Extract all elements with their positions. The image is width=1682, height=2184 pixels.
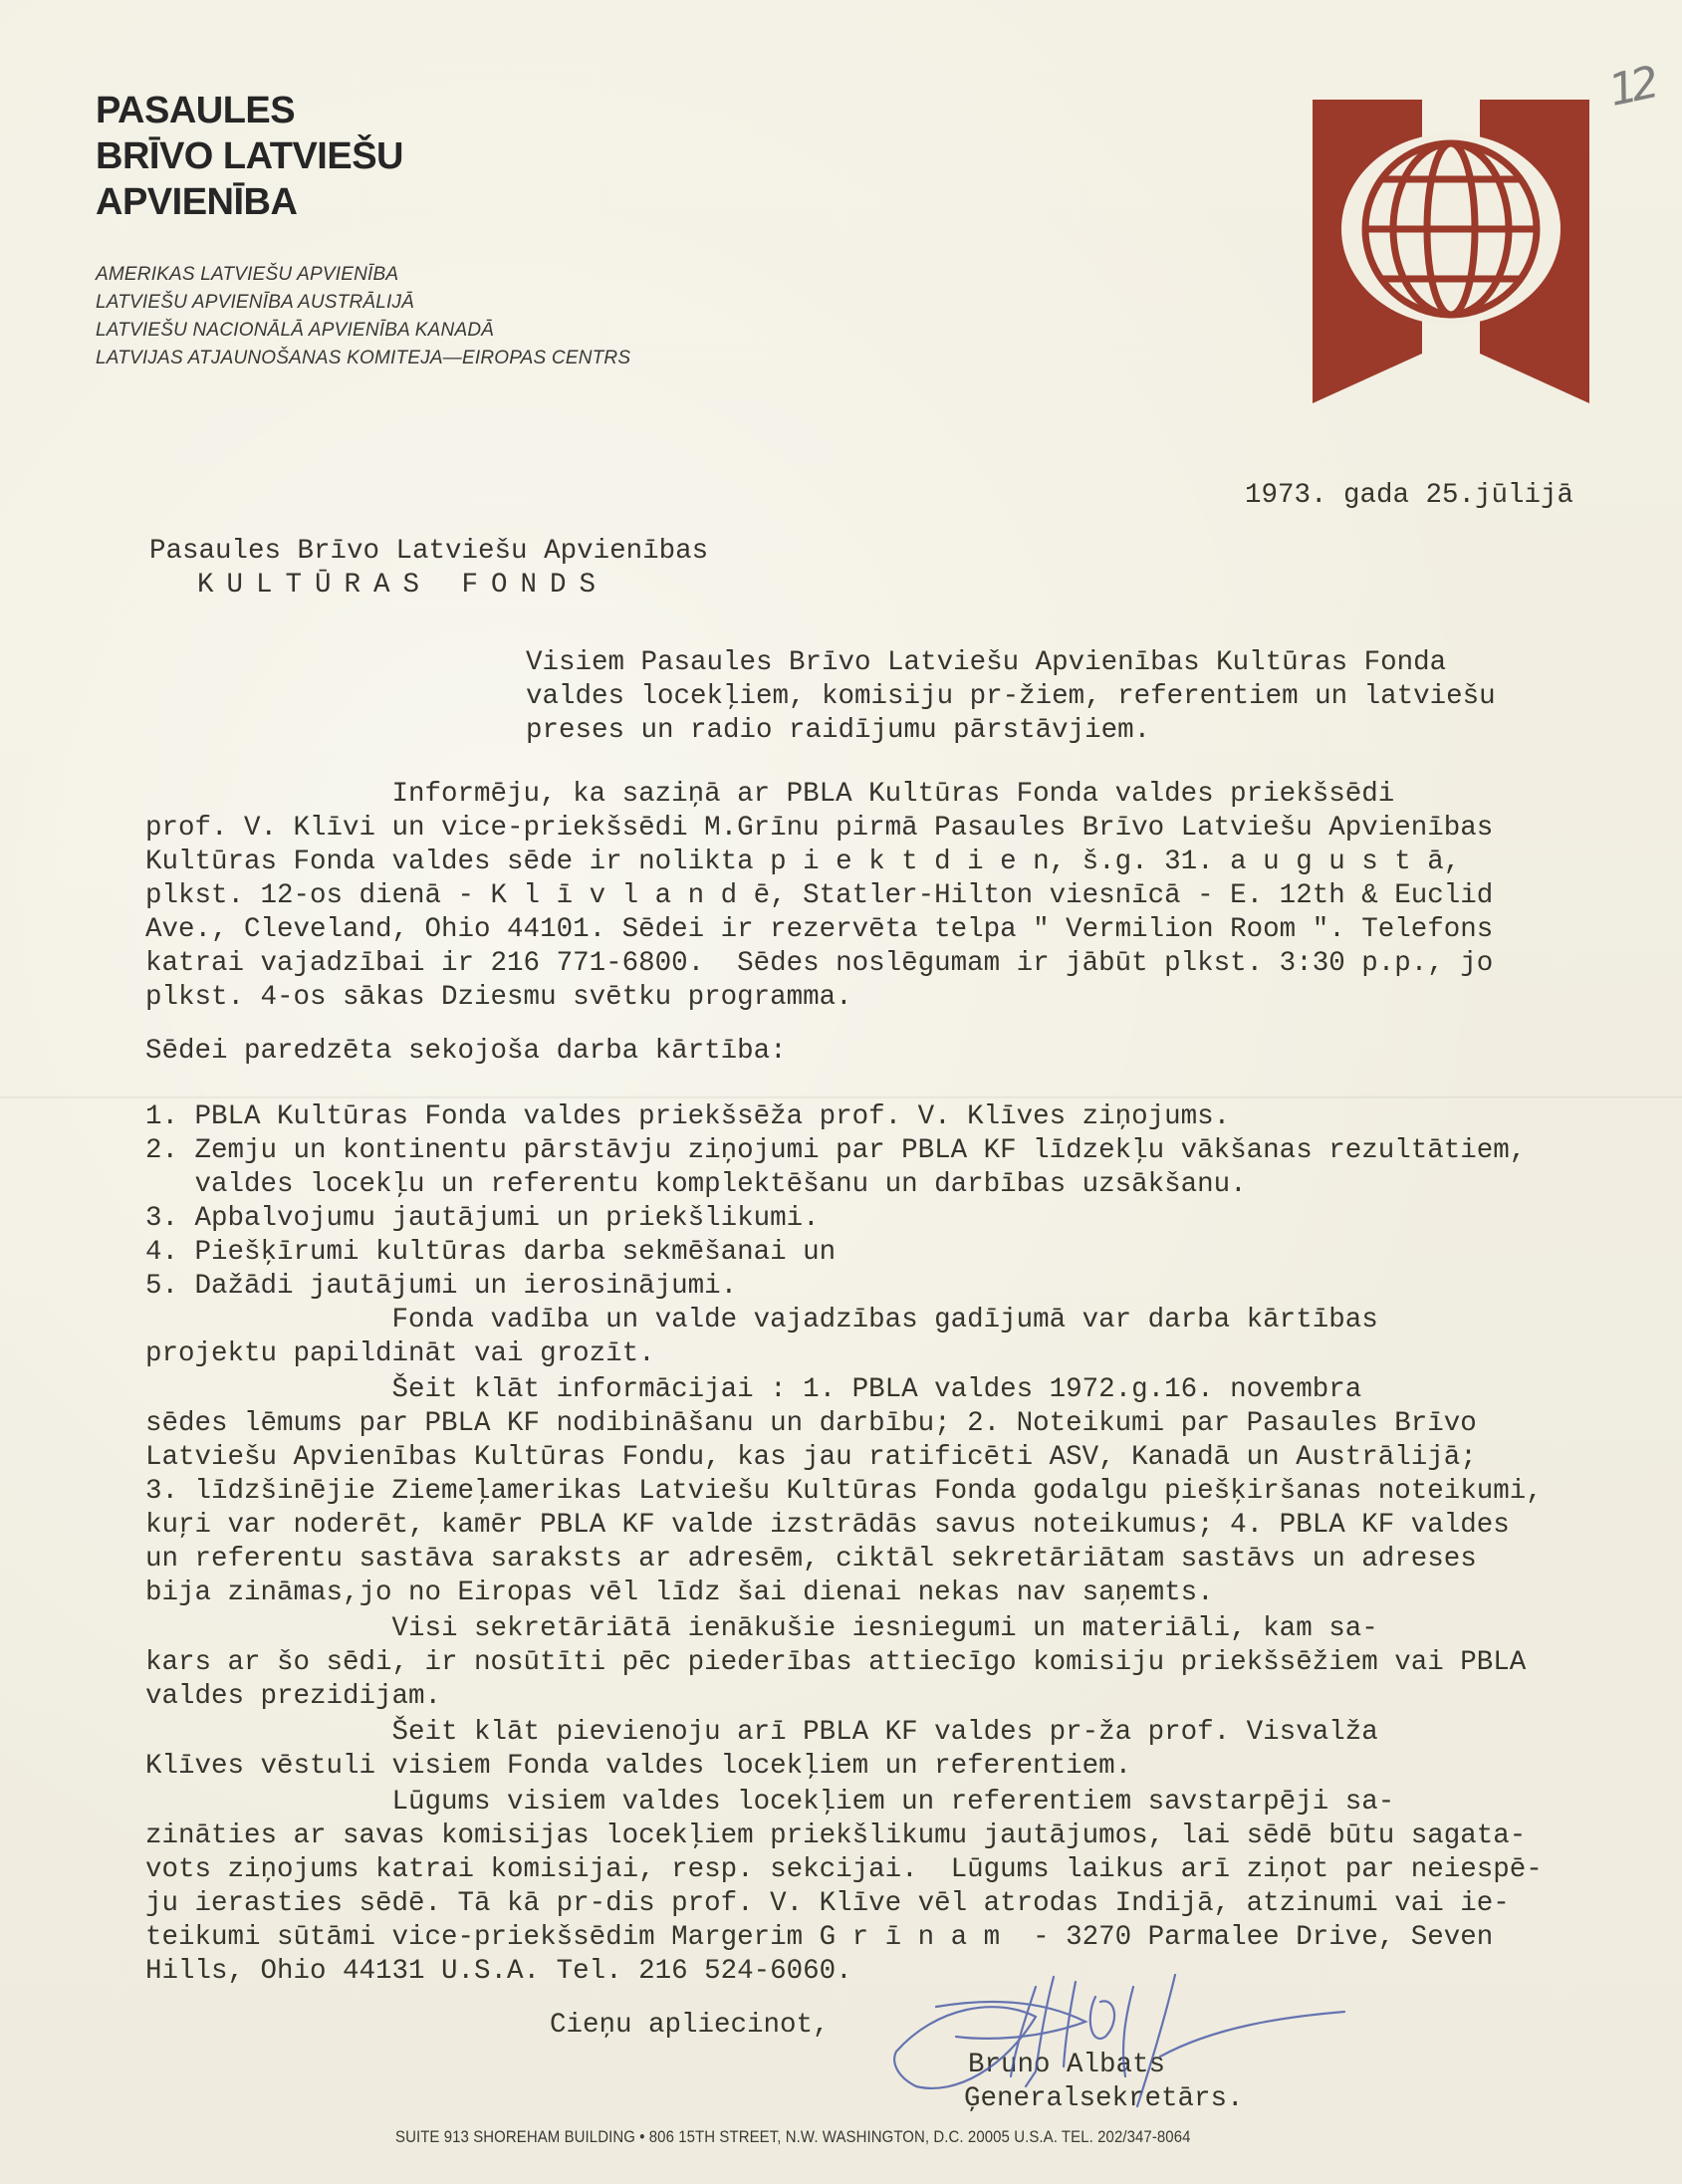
body-line: Latviešu Apvienības Kultūras Fondu, kas … bbox=[145, 1442, 1477, 1473]
body-line: prof. V. Klīvi un vice-priekšsēdi M.Grīn… bbox=[145, 813, 1493, 844]
body-line: Visi sekretāriātā ienākušie iesniegumi u… bbox=[145, 1613, 1378, 1644]
body-line: ju ierasties sēdē. Tā kā pr-dis prof. V.… bbox=[145, 1888, 1510, 1919]
paper-fold-crease bbox=[0, 1095, 1682, 1099]
body-line: kars ar šo sēdi, ir nosūtīti pēc piederī… bbox=[145, 1647, 1526, 1678]
agenda-item: 3. Apbalvojumu jautājumi un priekšlikumi… bbox=[145, 1203, 820, 1234]
body-line: projektu papildināt vai grozīt. bbox=[145, 1338, 655, 1369]
body-line: Informēju, ka saziņā ar PBLA Kultūras Fo… bbox=[145, 779, 1394, 810]
member-organization: LATVIEŠU NACIONĀLĀ APVIENĪBA KANADĀ bbox=[96, 317, 630, 345]
body-line: plkst. 4-os sākas Dziesmu svētku program… bbox=[145, 982, 852, 1013]
body-line: Fonda vadība un valde vajadzības gadījum… bbox=[145, 1305, 1378, 1335]
body-line: Šeit klāt pievienoju arī PBLA KF valdes … bbox=[145, 1717, 1378, 1748]
member-organization: AMERIKAS LATVIEŠU APVIENĪBA bbox=[96, 261, 630, 289]
sender-organization: Pasaules Brīvo Latviešu Apvienības bbox=[149, 536, 708, 567]
body-line: Lūgums visiem valdes locekļiem un refere… bbox=[145, 1787, 1394, 1818]
recipients-line: valdes locekļiem, komisiju pr-žiem, refe… bbox=[526, 681, 1496, 712]
member-organizations-list: AMERIKAS LATVIEŠU APVIENĪBA LATVIEŠU APV… bbox=[96, 261, 630, 372]
closing-salutation: Cieņu apliecinot, bbox=[550, 2010, 830, 2041]
globe-between-pillars-icon bbox=[1313, 100, 1589, 403]
body-line: plkst. 12-os dienā - K l ī v l a n d ē, … bbox=[145, 880, 1493, 911]
body-line: un referentu sastāva saraksts ar adresēm… bbox=[145, 1544, 1477, 1575]
body-line: Klīves vēstuli visiem Fonda valdes locek… bbox=[145, 1751, 1131, 1782]
agenda-item: 2. Zemju un kontinentu pārstāvju ziņojum… bbox=[145, 1135, 1526, 1166]
letter-date: 1973. gada 25.jūlijā bbox=[1245, 480, 1573, 511]
body-line: Šeit klāt informācijai : 1. PBLA valdes … bbox=[145, 1374, 1361, 1405]
body-line: sēdes lēmums par PBLA KF nodibināšanu un… bbox=[145, 1408, 1477, 1439]
member-organization: LATVIEŠU APVIENĪBA AUSTRĀLIJĀ bbox=[96, 289, 630, 317]
body-line: Kultūras Fonda valdes sēde ir nolikta p … bbox=[145, 847, 1460, 877]
body-line: kuŗi var noderēt, kamēr PBLA KF valde iz… bbox=[145, 1510, 1510, 1541]
letterhead-title-line: BRĪVO LATVIEŠU bbox=[96, 133, 403, 179]
body-line: 3. līdzšinējie Ziemeļamerikas Latviešu K… bbox=[145, 1476, 1543, 1507]
body-line: Ave., Cleveland, Ohio 44101. Sēdei ir re… bbox=[145, 914, 1493, 945]
agenda-item: 5. Dažādi jautājumi un ierosinājumi. bbox=[145, 1271, 737, 1302]
letterhead-title: PASAULES BRĪVO LATVIEŠU APVIENĪBA bbox=[96, 88, 403, 225]
agenda-intro: Sēdei paredzēta sekojoša darba kārtība: bbox=[145, 1036, 787, 1067]
agenda-item: 1. PBLA Kultūras Fonda valdes priekšsēža… bbox=[145, 1101, 1230, 1132]
body-line: valdes prezidijam. bbox=[145, 1681, 441, 1712]
letterhead-title-line: APVIENĪBA bbox=[96, 179, 403, 225]
body-line: bija zināmas,jo no Eiropas vēl līdz šai … bbox=[145, 1577, 1214, 1608]
letterhead-title-line: PASAULES bbox=[96, 88, 403, 133]
recipients-line: preses un radio raidījumu pārstāvjiem. bbox=[526, 715, 1150, 746]
agenda-item: valdes locekļu un referentu komplektēšan… bbox=[145, 1169, 1247, 1200]
body-line: vots ziņojums katrai komisijai, resp. se… bbox=[145, 1854, 1543, 1885]
sender-department: KULTŪRAS FONDS bbox=[197, 570, 608, 601]
handwritten-signature-icon bbox=[876, 1967, 1364, 2116]
member-organization: LATVIJAS ATJAUNOŠANAS KOMITEJA—EIROPAS C… bbox=[96, 345, 630, 372]
body-line: Hills, Ohio 44131 U.S.A. Tel. 216 524-60… bbox=[145, 1956, 852, 1987]
agenda-item: 4. Piešķīrumi kultūras darba sekmēšanai … bbox=[145, 1237, 836, 1268]
letterhead-footer-address: SUITE 913 SHOREHAM BUILDING • 806 15TH S… bbox=[395, 2127, 1191, 2147]
body-line: zināties ar savas komisijas locekļiem pr… bbox=[145, 1820, 1526, 1851]
body-line: katrai vajadzībai ir 216 771-6800. Sēdes… bbox=[145, 948, 1493, 979]
body-line: teikumi sūtāmi vice-priekšsēdim Margerim… bbox=[145, 1922, 1493, 1953]
recipients-line: Visiem Pasaules Brīvo Latviešu Apvienība… bbox=[526, 647, 1446, 678]
